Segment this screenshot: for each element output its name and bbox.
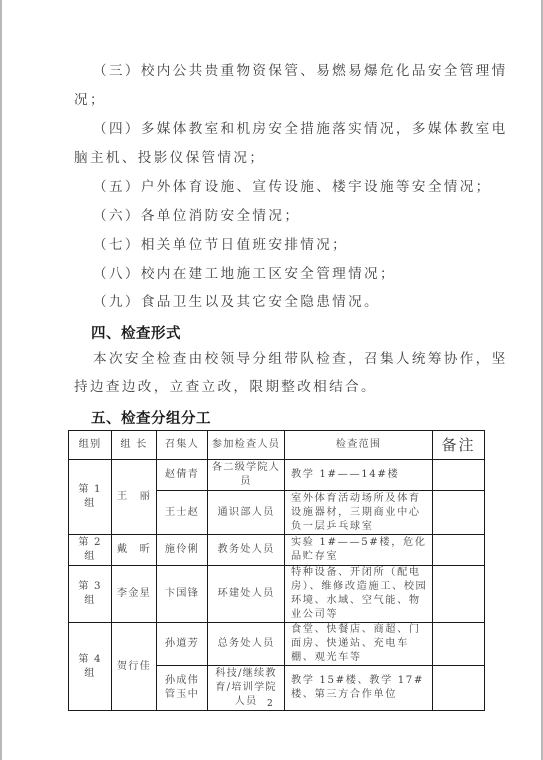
convener-cell: 卞国锋: [157, 566, 208, 623]
staff-cell: 各二级学院人员: [208, 460, 285, 491]
scope-cell: 教学 1#——14#楼: [285, 460, 433, 491]
note-cell: [433, 623, 485, 666]
header-scope: 检查范围: [285, 431, 433, 460]
scope-cell: 实验 1#——5#楼，危化品贮存室: [285, 535, 433, 566]
scope-cell: 室外体育活动场所及体育设施器材，三期商业中心负一层乒乓球室: [285, 491, 433, 535]
item-4-line2: 脑主机、投影仪保管情况；: [74, 150, 265, 166]
note-cell: [433, 666, 485, 711]
item-7: （七）相关单位节日值班安排情况；: [93, 237, 348, 253]
table-row: 第 3 组 李金星 卞国锋 环建处人员 特种设备、开闭所（配电房）、维修改造施工…: [69, 566, 485, 623]
group-cell: 第 4 组: [69, 623, 112, 711]
note-cell: [433, 460, 485, 491]
table-row: 第 1 组 王 丽 赵倩青 各二级学院人员 教学 1#——14#楼: [69, 460, 485, 491]
convener-cell: 王士赵: [157, 491, 208, 535]
table-header-row: 组别 组 长 召集人 参加检查人员 检查范围 备注: [69, 431, 485, 460]
leader-cell: 贺行佳: [112, 623, 157, 711]
section-4-para-line2: 持边查边改，立查立改，限期整改相结合。: [74, 379, 377, 395]
scope-cell: 教学 15#楼、教学 17#楼、第三方合作单位: [285, 666, 433, 711]
page-number: 2: [267, 699, 273, 709]
staff-cell: 教务处人员: [208, 535, 285, 566]
convener-cell: 施伶俐: [157, 535, 208, 566]
section-5-heading: 五、检查分组分工: [91, 407, 211, 428]
group-cell: 第 1 组: [69, 460, 112, 535]
staff-cell: 通识部人员: [208, 491, 285, 535]
leader-cell: 李金星: [112, 566, 157, 623]
item-3-line2: 况；: [74, 92, 106, 108]
group-cell: 第 3 组: [69, 566, 112, 623]
convener-cell: 赵倩青: [157, 460, 208, 491]
table-row: 第 4 组 贺行佳 孙道芳 总务处人员 食堂、快餐店、商超、门面房、快递站、充电…: [69, 623, 485, 666]
item-6: （六）各单位消防安全情况；: [93, 208, 300, 224]
scope-cell: 食堂、快餐店、商超、门面房、快递站、充电车棚、观光车等: [285, 623, 433, 666]
section-4-para-line1: 本次安全检查由校领导分组带队检查，召集人统筹协作，坚: [93, 351, 508, 367]
table-row: 第 2 组 戴 昕 施伶俐 教务处人员 实验 1#——5#楼，危化品贮存室: [69, 535, 485, 566]
scope-cell: 特种设备、开闭所（配电房）、维修改造施工、校园环境、水域、空气能、物业公司等: [285, 566, 433, 623]
staff-cell: 科技/继续教育/培训学院人员: [208, 666, 285, 711]
staff-cell: 环建处人员: [208, 566, 285, 623]
note-cell: [433, 566, 485, 623]
convener-cell: 孙成伟 管玉中: [157, 666, 208, 711]
leader-cell: 戴 昕: [112, 535, 157, 566]
section-4-heading: 四、检查形式: [91, 322, 181, 343]
leader-cell: 王 丽: [112, 460, 157, 535]
group-assignment-table: 组别 组 长 召集人 参加检查人员 检查范围 备注 第 1 组 王 丽 赵倩青 …: [68, 430, 485, 711]
header-staff: 参加检查人员: [208, 431, 285, 460]
note-cell: [433, 491, 485, 535]
item-5: （五）户外体育设施、宣传设施、楼宇设施等安全情况；: [93, 179, 492, 195]
note-cell: [433, 535, 485, 566]
header-convener: 召集人: [157, 431, 208, 460]
item-9: （九）食品卫生以及其它安全隐患情况。: [93, 294, 380, 310]
item-8: （八）校内在建工地施工区安全管理情况；: [93, 266, 396, 282]
header-leader: 组 长: [112, 431, 157, 460]
group-cell: 第 2 组: [69, 535, 112, 566]
staff-cell: 总务处人员: [208, 623, 285, 666]
header-note: 备注: [433, 431, 485, 460]
header-group: 组别: [69, 431, 112, 460]
convener-cell: 孙道芳: [157, 623, 208, 666]
item-4-line1: （四）多媒体教室和机房安全措施落实情况，多媒体教室电: [93, 121, 508, 137]
document-page: （三）校内公共贵重物资保管、易燃易爆危化品安全管理情 况； （四）多媒体教室和机…: [0, 0, 543, 760]
item-3-line1: （三）校内公共贵重物资保管、易燃易爆危化品安全管理情: [93, 63, 508, 79]
